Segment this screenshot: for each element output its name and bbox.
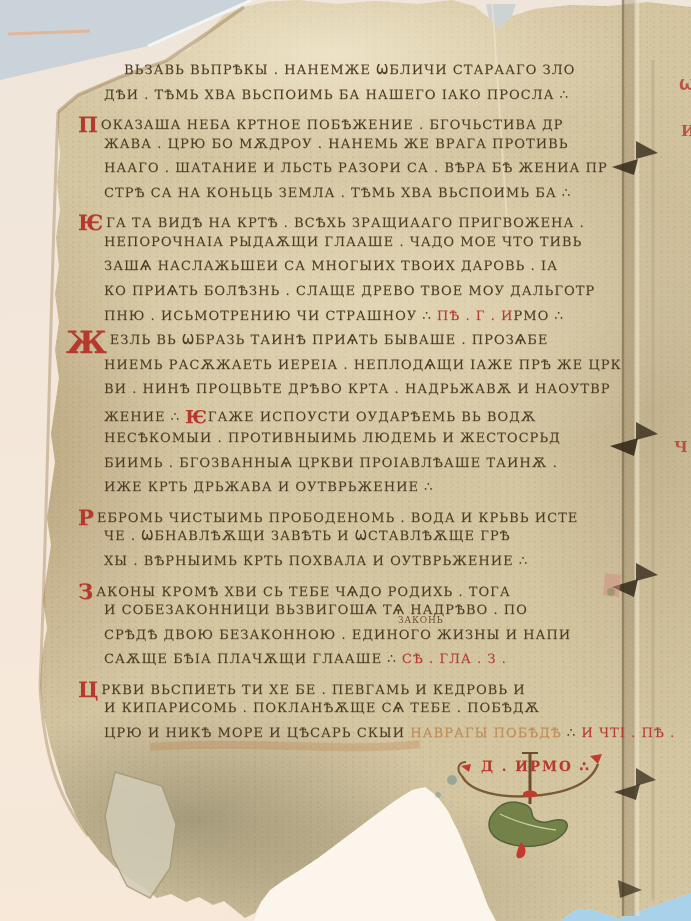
line-text: РМО ∴ (513, 309, 563, 324)
line-text: СТРѢ СА НА КОНЬЦЬ ЗЕМЛА . ТѢМЬ ХВА ВЬСПО… (104, 186, 571, 201)
drop-initial: Ѥ (78, 210, 104, 235)
line-text: ВИ . НИНѢ ПРОЦВЬТЕ ДРѢВО КРТА . НАДРЬЖАВ… (104, 382, 611, 397)
text-block: ЗАКОНЬ Д . ИРМО ∴ ВЬЗАВЬ ВЬПРѢКЫ . НАНЕМ… (0, 0, 691, 921)
manuscript-photo: ЗАКОНЬ Д . ИРМО ∴ ВЬЗАВЬ ВЬПРѢКЫ . НАНЕМ… (0, 0, 691, 921)
manuscript-line: ЦРЮ И НИКѢ МОРЕ И ЦѢСАРЬ СКЫИ НАВРАГЫ ПО… (104, 726, 675, 741)
line-text: НЕПОРОЧНАІА РЫДАѪЩИ ГЛААШЕ . ЧАДО МОЕ ЧТ… (104, 235, 582, 250)
line-text: БИИМЬ . БГОЗВАННЫѦ ЦРКВИ ПРОІАВЛѢАШЕ ТАИ… (104, 456, 558, 471)
manuscript-line: ВИ . НИНѢ ПРОЦВЬТЕ ДРѢВО КРТА . НАДРЬЖАВ… (104, 382, 611, 397)
line-text: НААГО . ШАТАНИЕ И ЛЬСТЬ РАЗОРИ СА . ВѢРА… (104, 161, 608, 176)
line-text: ЕЗЛЬ ВЬ ѠБРАЗЬ ТАИНѢ ПРИѦТЬ БЫВАШЕ . ПРО… (110, 333, 549, 348)
rubric-text: ПѢ . Г . И (437, 309, 513, 324)
manuscript-line: ПОКАЗАША НЕБА КРТНОЕ ПОБѢЖЕНИЕ . БГОЧЬСТ… (104, 112, 563, 137)
manuscript-line: СРѢДѢ ДВОЮ БЕЗАКОННОЮ . ЕДИНОГО ЖИЗНЫ И … (104, 628, 571, 643)
line-text: САѪЩЕ БѢІА ПЛАЧѪЩИ ГЛААШЕ ∴ (104, 652, 402, 667)
manuscript-line: НААГО . ШАТАНИЕ И ЛЬСТЬ РАЗОРИ СА . ВѢРА… (104, 161, 608, 176)
manuscript-line: ЗАШѦ НАСЛАЖЬШЕИ СА МНОГЫИХ ТВОИХ ДАРОВЬ … (104, 259, 558, 274)
manuscript-line: СТРѢ СА НА КОНЬЦЬ ЗЕМЛА . ТѢМЬ ХВА ВЬСПО… (104, 186, 571, 201)
line-text: ЖАВА . ЦРЮ БО МѪДРОУ . НАНЕМЬ ЖЕ ВРАГА П… (104, 137, 569, 152)
manuscript-line: ЗАКОНЫ КРОМѢ ХВИ СЬ ТЕБЕ ЧѦДО РОДИХЬ . Т… (104, 579, 511, 604)
line-text: НАВРАГЫ ПОБѢДѢ (410, 726, 561, 741)
manuscript-line: САѪЩЕ БѢІА ПЛАЧѪЩИ ГЛААШЕ ∴ СѢ . ГЛА . З… (104, 652, 507, 667)
drop-initial: П (78, 112, 99, 137)
manuscript-line: ЖЕНИЕ ∴ ѤГАЖЕ ИСПОУСТИ ОУДАРѢЕМЬ ВЬ ВОДѪ (104, 407, 536, 428)
manuscript-line: ДѢИ . ТѢМЬ ХВА ВЬСПОИМЬ БА НАШЕГО ІАКО П… (104, 88, 569, 103)
line-text: ОКАЗАША НЕБА КРТНОЕ ПОБѢЖЕНИЕ . БГОЧЬСТИ… (101, 118, 564, 133)
line-text: НЕСѢКОМЫИ . ПРОТИВНЫИМЬ ЛЮДЕМЬ И ЖЕСТОСР… (104, 431, 561, 446)
line-text: ЖЕНИЕ ∴ (104, 410, 185, 425)
manuscript-line: И СОБЕЗАКОННИЦИ ВЬЗВИГОШѦ ТѦ НАДРѢВО . П… (104, 603, 528, 618)
manuscript-line: РЕБРОМЬ ЧИСТЫИМЬ ПРОБОДЕНОМЬ . ВОДА И КР… (104, 505, 578, 530)
manuscript-line: ВЬЗАВЬ ВЬПРѢКЫ . НАНЕМЖЕ ѠБЛИЧИ СТАРААГО… (124, 63, 575, 78)
rubric-text: СѢ . ГЛА . З . (402, 652, 507, 667)
manuscript-line: ѤГА ТА ВИДѢ НА КРТѢ . ВСѢХЬ ЗРАЩИААГО ПР… (104, 210, 585, 235)
manuscript-line: ЦРКВИ ВЬСПИЕТЬ ТИ ХЕ БЕ . ПЕВГАМЬ И КЕДР… (104, 677, 526, 702)
line-text: ЕБРОМЬ ЧИСТЫИМЬ ПРОБОДЕНОМЬ . ВОДА И КРЬ… (97, 511, 579, 526)
line-text: ХЫ . ВѢРНЫИМЬ КРТЬ ПОХВАЛА И ОУТВРЬЖЕНИЕ… (104, 554, 528, 569)
line-text: ИЖЕ КРТЬ ДРЬЖАВА И ОУТВРЬЖЕНИЕ ∴ (104, 480, 434, 495)
line-text: ∴ (562, 726, 582, 741)
manuscript-line: ИЖЕ КРТЬ ДРЬЖАВА И ОУТВРЬЖЕНИЕ ∴ (104, 480, 434, 495)
line-text: СРѢДѢ ДВОЮ БЕЗАКОННОЮ . ЕДИНОГО ЖИЗНЫ И … (104, 628, 571, 643)
edge-rubric-fragment: И (681, 122, 691, 140)
line-text: ДѢИ . ТѢМЬ ХВА ВЬСПОИМЬ БА НАШЕГО ІАКО П… (104, 88, 569, 103)
line-text: ВЬЗАВЬ ВЬПРѢКЫ . НАНЕМЖЕ ѠБЛИЧИ СТАРААГО… (124, 63, 575, 78)
manuscript-line: НИЕМЬ РАСѪЖАЕТЬ ИЕРЕІА . НЕПЛОДѦЩИ ІАЖЕ … (104, 358, 622, 373)
manuscript-line: КО ПРИѦТЬ БОЛѢЗНЬ . СЛАЩЕ ДРЕВО ТВОЕ МОУ… (104, 284, 595, 299)
line-text: И СОБЕЗАКОННИЦИ ВЬЗВИГОШѦ ТѦ НАДРѢВО . П… (104, 603, 528, 618)
line-text: ГАЖЕ ИСПОУСТИ ОУДАРѢЕМЬ ВЬ ВОДѪ (208, 410, 537, 425)
line-text: ЦРЮ И НИКѢ МОРЕ И ЦѢСАРЬ СКЫИ (104, 726, 410, 741)
edge-rubric-fragment: Ч (674, 438, 688, 456)
drop-initial: Р (78, 505, 95, 530)
rubric-text: И ЧТІ . ПѢ . (581, 726, 675, 741)
manuscript-line: НЕПОРОЧНАІА РЫДАѪЩИ ГЛААШЕ . ЧАДО МОЕ ЧТ… (104, 235, 582, 250)
line-text: КО ПРИѦТЬ БОЛѢЗНЬ . СЛАЩЕ ДРЕВО ТВОЕ МОУ… (104, 284, 595, 299)
drop-initial: Ж (66, 325, 108, 361)
manuscript-line: И КИПАРИСОМЬ . ПОКЛАНѢѪЩЕ СѦ ТЕБЕ . ПОБѢ… (104, 701, 540, 716)
line-text: И КИПАРИСОМЬ . ПОКЛАНѢѪЩЕ СѦ ТЕБЕ . ПОБѢ… (104, 701, 540, 716)
line-text: ЧЕ . ѠБНАВЛѢѪЩИ ЗАВѢТЬ И ѠСТАВЛѢѪЩЕ ГРѢ (104, 529, 511, 544)
edge-rubric-fragment: Ѡ (679, 76, 691, 94)
line-text: РКВИ ВЬСПИЕТЬ ТИ ХЕ БЕ . ПЕВГАМЬ И КЕДРО… (101, 683, 525, 698)
drop-initial: З (78, 579, 94, 604)
manuscript-line: ХЫ . ВѢРНЫИМЬ КРТЬ ПОХВАЛА И ОУТВРЬЖЕНИЕ… (104, 554, 528, 569)
manuscript-line: НЕСѢКОМЫИ . ПРОТИВНЫИМЬ ЛЮДЕМЬ И ЖЕСТОСР… (104, 431, 561, 446)
line-text: НИЕМЬ РАСѪЖАЕТЬ ИЕРЕІА . НЕПЛОДѦЩИ ІАЖЕ … (104, 358, 622, 373)
rubric-text: Ѥ (185, 407, 208, 428)
colophon-rubric: Д . ИРМО ∴ (481, 759, 591, 775)
line-text: ГА ТА ВИДѢ НА КРТѢ . ВСѢХЬ ЗРАЩИААГО ПРИ… (106, 216, 585, 231)
manuscript-line: ЧЕ . ѠБНАВЛѢѪЩИ ЗАВѢТЬ И ѠСТАВЛѢѪЩЕ ГРѢ (104, 529, 511, 544)
drop-initial: Ц (78, 677, 99, 702)
line-text: ЗАШѦ НАСЛАЖЬШЕИ СА МНОГЫИХ ТВОИХ ДАРОВЬ … (104, 259, 558, 274)
manuscript-line: ЖЕЗЛЬ ВЬ ѠБРАЗЬ ТАИНѢ ПРИѦТЬ БЫВАШЕ . ПР… (104, 333, 548, 348)
manuscript-line: ПНЮ . ИСЬМОТРЕНИЮ ЧИ СТРАШНОУ ∴ ПѢ . Г .… (104, 309, 564, 324)
manuscript-line: ЖАВА . ЦРЮ БО МѪДРОУ . НАНЕМЬ ЖЕ ВРАГА П… (104, 137, 569, 152)
line-text: ПНЮ . ИСЬМОТРЕНИЮ ЧИ СТРАШНОУ ∴ (104, 309, 437, 324)
line-text: АКОНЫ КРОМѢ ХВИ СЬ ТЕБЕ ЧѦДО РОДИХЬ . ТО… (96, 585, 511, 600)
manuscript-line: БИИМЬ . БГОЗВАННЫѦ ЦРКВИ ПРОІАВЛѢАШЕ ТАИ… (104, 456, 558, 471)
